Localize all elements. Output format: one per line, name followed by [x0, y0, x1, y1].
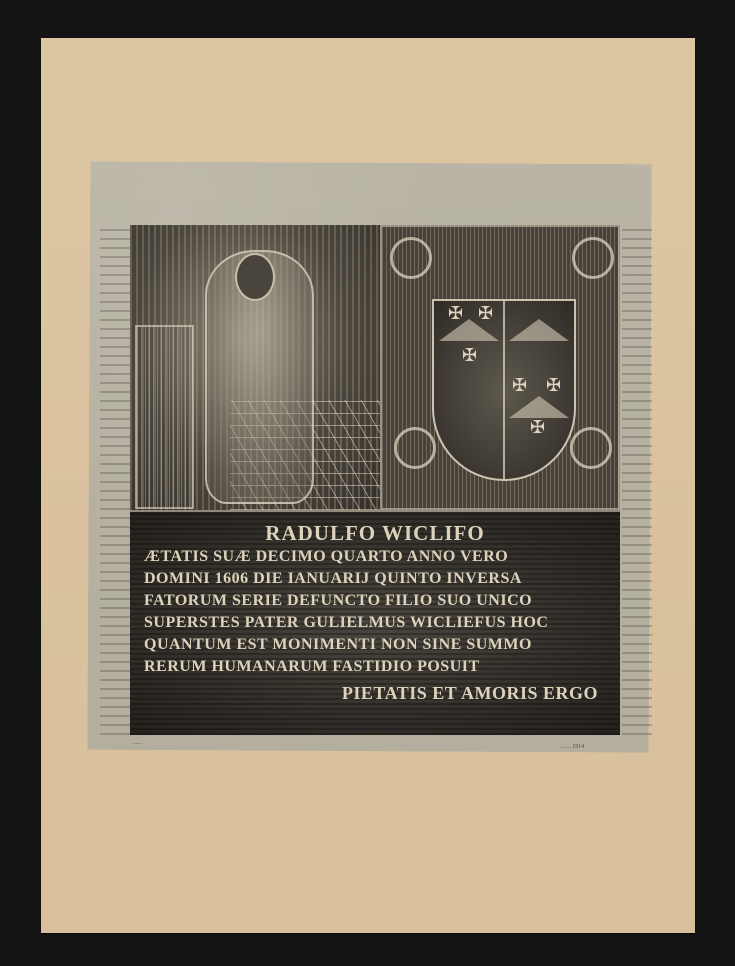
figure-head	[235, 253, 275, 301]
cross-crosslet-icon: ✠	[462, 347, 477, 365]
inscription-line: fatorum serie defuncto filio suo unico	[144, 590, 606, 612]
shield: ✠ ✠ ✠ ✠ ✠ ✠	[432, 299, 576, 481]
mantling-scroll-icon	[572, 237, 614, 279]
cross-crosslet-icon: ✠	[546, 377, 561, 395]
pencil-annotation-date: …… 1914	[560, 744, 584, 750]
inscription-line: superstes pater Gulielmus Wicliefus hoc	[144, 612, 606, 634]
inscription-line: quantum est monimenti non sine summo	[144, 634, 606, 656]
cross-crosslet-icon: ✠	[478, 305, 493, 323]
inscription-line: rerum humanarum fastidio posuit	[144, 656, 606, 678]
inscription-closing: Pietatis et amoris ergo	[144, 680, 606, 706]
coat-of-arms-panel: ✠ ✠ ✠ ✠ ✠ ✠	[380, 225, 620, 510]
cross-crosslet-icon: ✠	[512, 377, 527, 395]
cross-crosslet-icon: ✠	[530, 419, 545, 437]
inscription-title: Radulfo Wiclifo	[144, 520, 606, 546]
prie-dieu	[135, 325, 194, 509]
inscription-line: Domini 1606 die Ianuarij quinto inversa	[144, 568, 606, 590]
shield-divider	[503, 301, 505, 479]
mantling-scroll-icon	[570, 427, 612, 469]
pencil-annotation-left: ……	[132, 740, 143, 746]
mantling-scroll-icon	[394, 427, 436, 469]
left-edge-rubbing	[100, 225, 130, 735]
right-edge-rubbing	[622, 225, 652, 735]
chevron-icon	[509, 319, 569, 341]
inscription-line: Ætatis suæ decimo quarto anno vero	[144, 546, 606, 568]
mantling-scroll-icon	[390, 237, 432, 279]
figure-panel	[130, 225, 380, 510]
inscription-panel: Radulfo Wiclifo Ætatis suæ decimo quarto…	[130, 510, 620, 735]
chevron-icon	[509, 396, 569, 418]
cross-crosslet-icon: ✠	[448, 305, 463, 323]
